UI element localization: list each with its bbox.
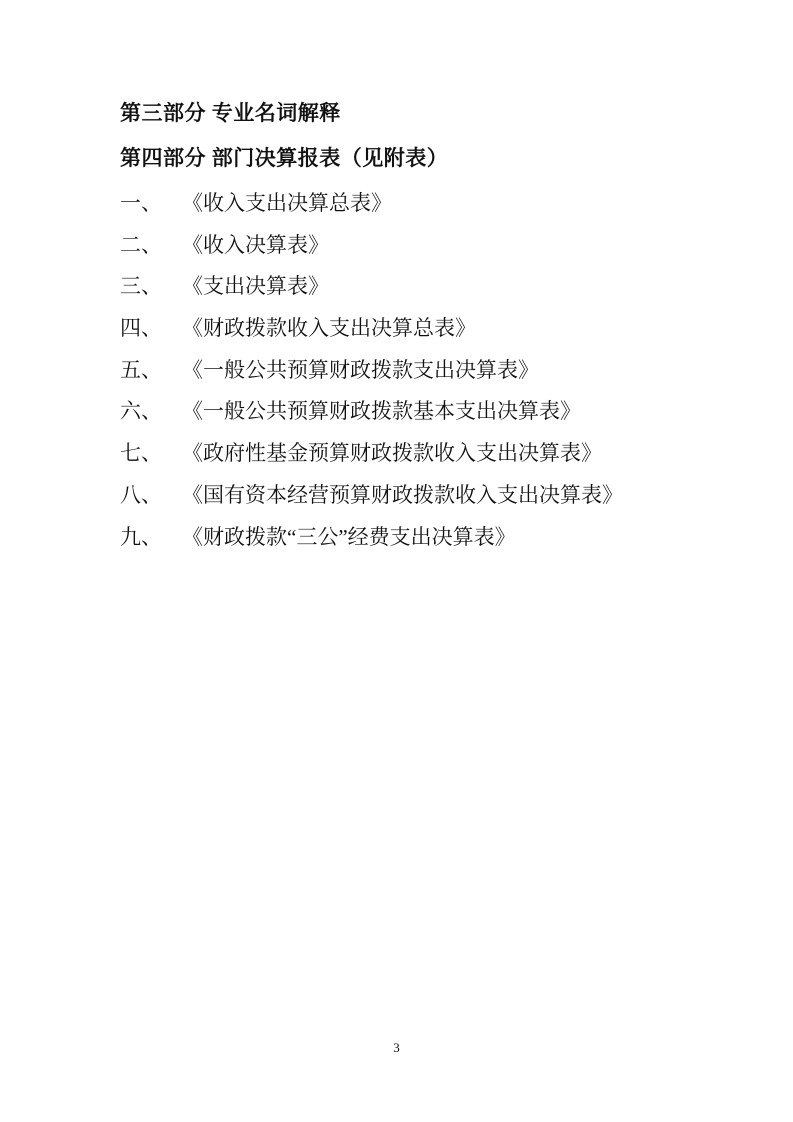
- section-heading-part4: 第四部分 部门决算报表（见附表）: [120, 148, 700, 169]
- item-title: 《收入支出决算总表》: [182, 193, 392, 214]
- item-number: 九、: [120, 527, 164, 548]
- toc-item: 七、 《政府性基金预算财政拨款收入支出决算表》: [120, 443, 700, 485]
- item-number: 六、: [120, 401, 164, 422]
- item-title: 《一般公共预算财政拨款基本支出决算表》: [182, 401, 581, 422]
- section-heading-part3: 第三部分 专业名词解释: [120, 103, 700, 124]
- document-page: 第三部分 专业名词解释 第四部分 部门决算报表（见附表） 一、 《收入支出决算总…: [0, 0, 793, 1122]
- item-title: 《支出决算表》: [182, 276, 329, 297]
- item-number: 五、: [120, 360, 164, 381]
- toc-item: 一、 《收入支出决算总表》: [120, 193, 700, 235]
- item-title: 《一般公共预算财政拨款支出决算表》: [182, 360, 539, 381]
- item-number: 四、: [120, 318, 164, 339]
- toc-item: 四、 《财政拨款收入支出决算总表》: [120, 318, 700, 360]
- toc-item: 三、 《支出决算表》: [120, 276, 700, 318]
- toc-item: 八、 《国有资本经营预算财政拨款收入支出决算表》: [120, 485, 700, 527]
- item-title: 《政府性基金预算财政拨款收入支出决算表》: [182, 443, 602, 464]
- page-number: 3: [0, 1040, 793, 1055]
- item-title: 《财政拨款收入支出决算总表》: [182, 318, 476, 339]
- item-number: 三、: [120, 276, 164, 297]
- toc-item: 六、 《一般公共预算财政拨款基本支出决算表》: [120, 401, 700, 443]
- item-number: 一、: [120, 193, 164, 214]
- item-number: 七、: [120, 443, 164, 464]
- toc-item: 二、 《收入决算表》: [120, 235, 700, 277]
- toc-item: 五、 《一般公共预算财政拨款支出决算表》: [120, 360, 700, 402]
- item-title: 《收入决算表》: [182, 235, 329, 256]
- item-title: 《国有资本经营预算财政拨款收入支出决算表》: [182, 485, 623, 506]
- toc-item: 九、 《财政拨款“三公”经费支出决算表》: [120, 527, 700, 569]
- toc-list: 一、 《收入支出决算总表》 二、 《收入决算表》 三、 《支出决算表》 四、 《…: [120, 193, 700, 568]
- item-title: 《财政拨款“三公”经费支出决算表》: [182, 527, 516, 548]
- item-number: 八、: [120, 485, 164, 506]
- document-content: 第三部分 专业名词解释 第四部分 部门决算报表（见附表） 一、 《收入支出决算总…: [120, 103, 700, 568]
- item-number: 二、: [120, 235, 164, 256]
